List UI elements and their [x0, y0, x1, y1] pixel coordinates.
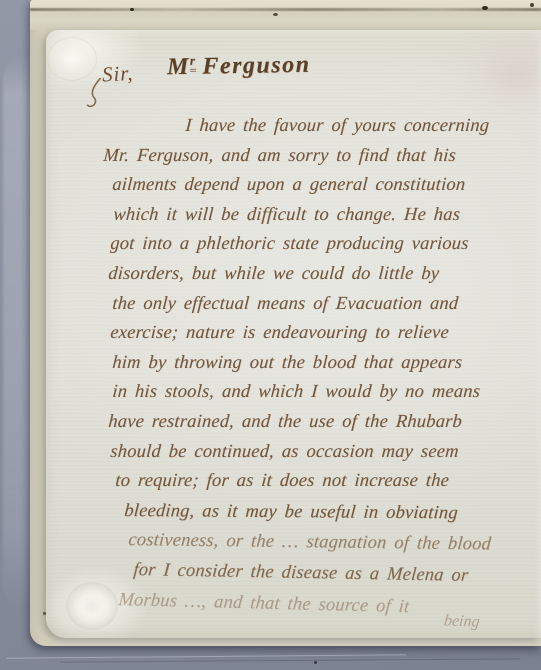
docket-title: MrFerguson [167, 51, 311, 81]
letter-line-15: costiveness, or the … stagnation of the … [127, 530, 492, 564]
letter-line-1: I have the favour of yours concerning [184, 116, 492, 146]
catchword: being [443, 612, 480, 631]
docket-prefix: M [167, 54, 190, 80]
letter-line-10: in his stools, and which I would by no m… [111, 382, 492, 412]
binding-fold [30, 0, 541, 30]
letter-line-12: should be continued, as occasion may see… [109, 442, 492, 472]
letter-line-11: have restrained, and the use of the Rhub… [107, 412, 492, 442]
letter-line-4: which it will be difficult to change. He… [112, 205, 492, 235]
stain-top-right [479, 48, 541, 103]
ink-speck [530, 3, 534, 7]
salutation-flourish [84, 76, 108, 111]
letter-line-6: disorders, but while we could do little … [107, 264, 492, 294]
ink-speck [130, 8, 134, 11]
letter-line-5: got into a phlethoric state producing va… [109, 234, 492, 264]
ink-speck [273, 13, 278, 16]
letter-line-3: ailments depend upon a general constitut… [111, 175, 492, 205]
letter-line-2: Mr. Ferguson, and am sorry to find that … [102, 146, 492, 176]
letter-line-8: exercise; nature is endeavouring to reli… [109, 323, 492, 353]
backdrop-scratch-line [6, 654, 406, 658]
letter-sheet: Sir, MrFerguson I have the favour of you… [46, 30, 541, 638]
letter-line-17: Morbus …, and that the source of it [117, 590, 492, 629]
docket-superscript: r [190, 53, 197, 72]
letter-line-13: to require; for as it does not increase … [114, 471, 492, 501]
docket-name: Ferguson [202, 52, 310, 80]
letter-line-7: the only effectual means of Evacuation a… [111, 294, 492, 324]
photo-backdrop: Sir, MrFerguson I have the favour of you… [0, 0, 541, 670]
letter-line-14: bleeding, as it may be useful in obviati… [123, 501, 492, 533]
backdrop-speck [314, 661, 317, 664]
salutation: Sir, [87, 61, 134, 88]
fold-crease-line [30, 8, 541, 11]
letter-line-16: for I consider the disease as a Melena o… [132, 560, 492, 596]
letter-line-9: him by throwing out the blood that appea… [111, 353, 492, 383]
letter-body: I have the favour of yours concerning Mr… [103, 116, 491, 619]
ink-speck [482, 6, 488, 10]
backdrop-scratch-line [60, 658, 520, 662]
